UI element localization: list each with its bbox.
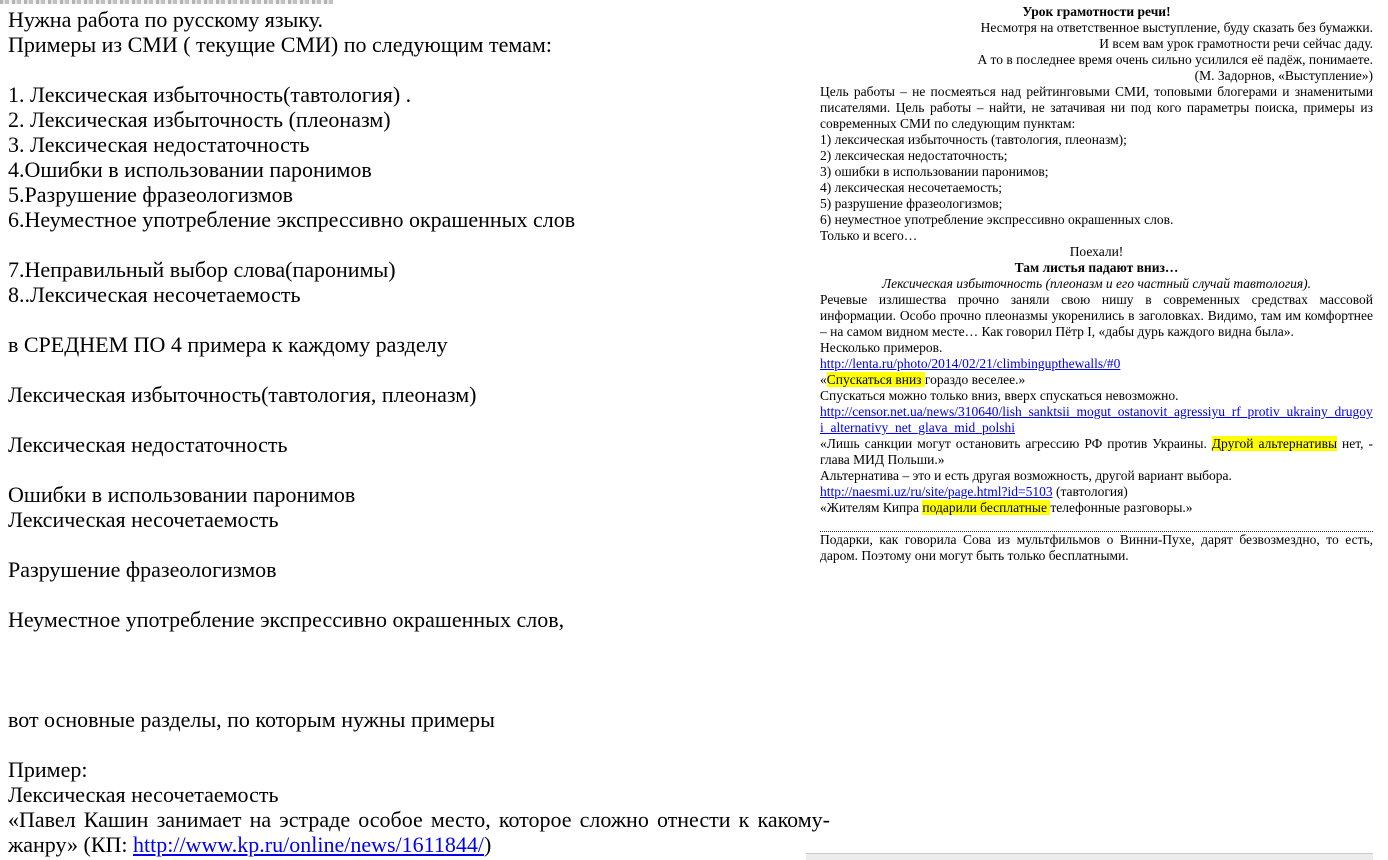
naesmi-link[interactable]: http://naesmi.uz/ru/site/page.html?id=51… xyxy=(820,484,1053,499)
example-quote-line2: жанру» (КП: http://www.kp.ru/online/news… xyxy=(8,832,830,857)
censor-link[interactable]: http://censor.net.ua/news/310640/lish_sa… xyxy=(820,404,1373,435)
left-line: Лексическая несочетаемость xyxy=(8,507,830,532)
left-list-item: 5.Разрушение фразеологизмов xyxy=(8,182,830,207)
example-quote-suffix: ) xyxy=(484,832,491,857)
example2-comment: Альтернатива – это и есть другая возможн… xyxy=(820,468,1373,484)
example1-quote: «Спускаться вниз гораздо веселее.» xyxy=(820,372,1373,388)
lenta-link[interactable]: http://lenta.ru/photo/2014/02/21/climbin… xyxy=(820,356,1120,371)
left-line: вот основные разделы, по которым нужны п… xyxy=(8,707,830,732)
window-edge-strip xyxy=(806,853,1373,860)
quote-open: « xyxy=(820,372,827,387)
highlighted-text: Другой альтернативы xyxy=(1212,436,1337,451)
goal-item: 6) неуместное употребление экспрессивно … xyxy=(820,212,1373,228)
left-line: Пример: xyxy=(8,757,830,782)
left-list-item: 7.Неправильный выбор слова(паронимы) xyxy=(8,257,830,282)
left-list-item: 3. Лексическая недостаточность xyxy=(8,132,830,157)
example2-link-line: http://censor.net.ua/news/310640/lish_sa… xyxy=(820,404,1373,436)
kp-link[interactable]: http://www.kp.ru/online/news/1611844/ xyxy=(133,832,484,857)
quote-rest: гораздо веселее.» xyxy=(925,372,1025,387)
highlighted-text: подарили бесплатные xyxy=(922,500,1050,515)
left-line: Ошибки в использовании паронимов xyxy=(8,482,830,507)
only-that-line: Только и всего… xyxy=(820,228,1373,244)
left-list-item: 4.Ошибки в использовании паронимов xyxy=(8,157,830,182)
left-line: Примеры из СМИ ( текущие СМИ) по следующ… xyxy=(8,32,830,57)
quote-prefix: «Лишь санкции могут остановить агрессию … xyxy=(820,436,1212,451)
goal-item: 2) лексическая недостаточность; xyxy=(820,148,1373,164)
left-line: Лексическая недостаточность xyxy=(8,432,830,457)
left-list-item: 6.Неуместное употребление экспрессивно о… xyxy=(8,207,830,232)
goal-item: 1) лексическая избыточность (тавтология,… xyxy=(820,132,1373,148)
goal-paragraph: Цель работы – не посмеяться над рейтинго… xyxy=(820,84,1373,132)
epigraph-line: А то в последнее время очень сильно усил… xyxy=(820,52,1373,68)
cutoff-text-artifact xyxy=(0,0,333,4)
section-title: Там листья падают вниз… xyxy=(820,260,1373,276)
left-line: Разрушение фразеологизмов xyxy=(8,557,830,582)
left-line: Нужна работа по русскому языку. xyxy=(8,7,830,32)
example3-link-line: http://naesmi.uz/ru/site/page.html?id=51… xyxy=(820,484,1373,500)
goal-item: 4) лексическая несочетаемость; xyxy=(820,180,1373,196)
left-line: Неуместное употребление экспрессивно окр… xyxy=(8,607,830,632)
left-list-item: 1. Лексическая избыточность(тавтология) … xyxy=(8,82,830,107)
several-examples-line: Несколько примеров. xyxy=(820,340,1373,356)
example3-comment: Подарки, как говорила Сова из мультфильм… xyxy=(820,532,1373,564)
left-line: в СРЕДНЕМ ПО 4 примера к каждому разделу xyxy=(8,332,830,357)
goal-item: 3) ошибки в использовании паронимов; xyxy=(820,164,1373,180)
example-quote-line1: «Павел Кашин занимает на эстраде особое … xyxy=(8,807,830,832)
epigraph-line: Несмотря на ответственное выступление, б… xyxy=(820,20,1373,36)
highlighted-text: Спускаться вниз xyxy=(827,372,925,387)
left-line: Лексическая избыточность(тавтология, пле… xyxy=(8,382,830,407)
left-line: Лексическая несочетаемость xyxy=(8,782,830,807)
left-list-item: 2. Лексическая избыточность (плеоназм) xyxy=(8,107,830,132)
section-subtitle: Лексическая избыточность (плеоназм и его… xyxy=(820,276,1373,292)
example2-quote: «Лишь санкции могут остановить агрессию … xyxy=(820,436,1373,468)
quote-prefix: «Жителям Кипра xyxy=(820,500,922,515)
link-annotation: (тавтология) xyxy=(1053,484,1128,499)
quote-suffix: телефонные разговоры.» xyxy=(1050,500,1192,515)
goal-item: 5) разрушение фразеологизмов; xyxy=(820,196,1373,212)
example1-comment: Спускаться можно только вниз, вверх спус… xyxy=(820,388,1373,404)
example1-link-line: http://lenta.ru/photo/2014/02/21/climbin… xyxy=(820,356,1373,372)
pleonasm-paragraph: Речевые излишества прочно заняли свою ни… xyxy=(820,292,1373,340)
left-document: Нужна работа по русскому языку. Примеры … xyxy=(8,7,830,857)
epigraph-attribution: (М. Задорнов, «Выступление») xyxy=(820,68,1373,84)
right-document: Урок грамотности речи! Несмотря на ответ… xyxy=(820,4,1373,564)
example-quote-prefix: жанру» (КП: xyxy=(8,832,133,857)
epigraph-line: И всем вам урок грамотности речи сейчас … xyxy=(820,36,1373,52)
document-title: Урок грамотности речи! xyxy=(820,4,1373,20)
example3-quote: «Жителям Кипра подарили бесплатные телеф… xyxy=(820,500,1373,516)
left-list-item: 8..Лексическая несочетаемость xyxy=(8,282,830,307)
lets-go-line: Поехали! xyxy=(820,244,1373,260)
